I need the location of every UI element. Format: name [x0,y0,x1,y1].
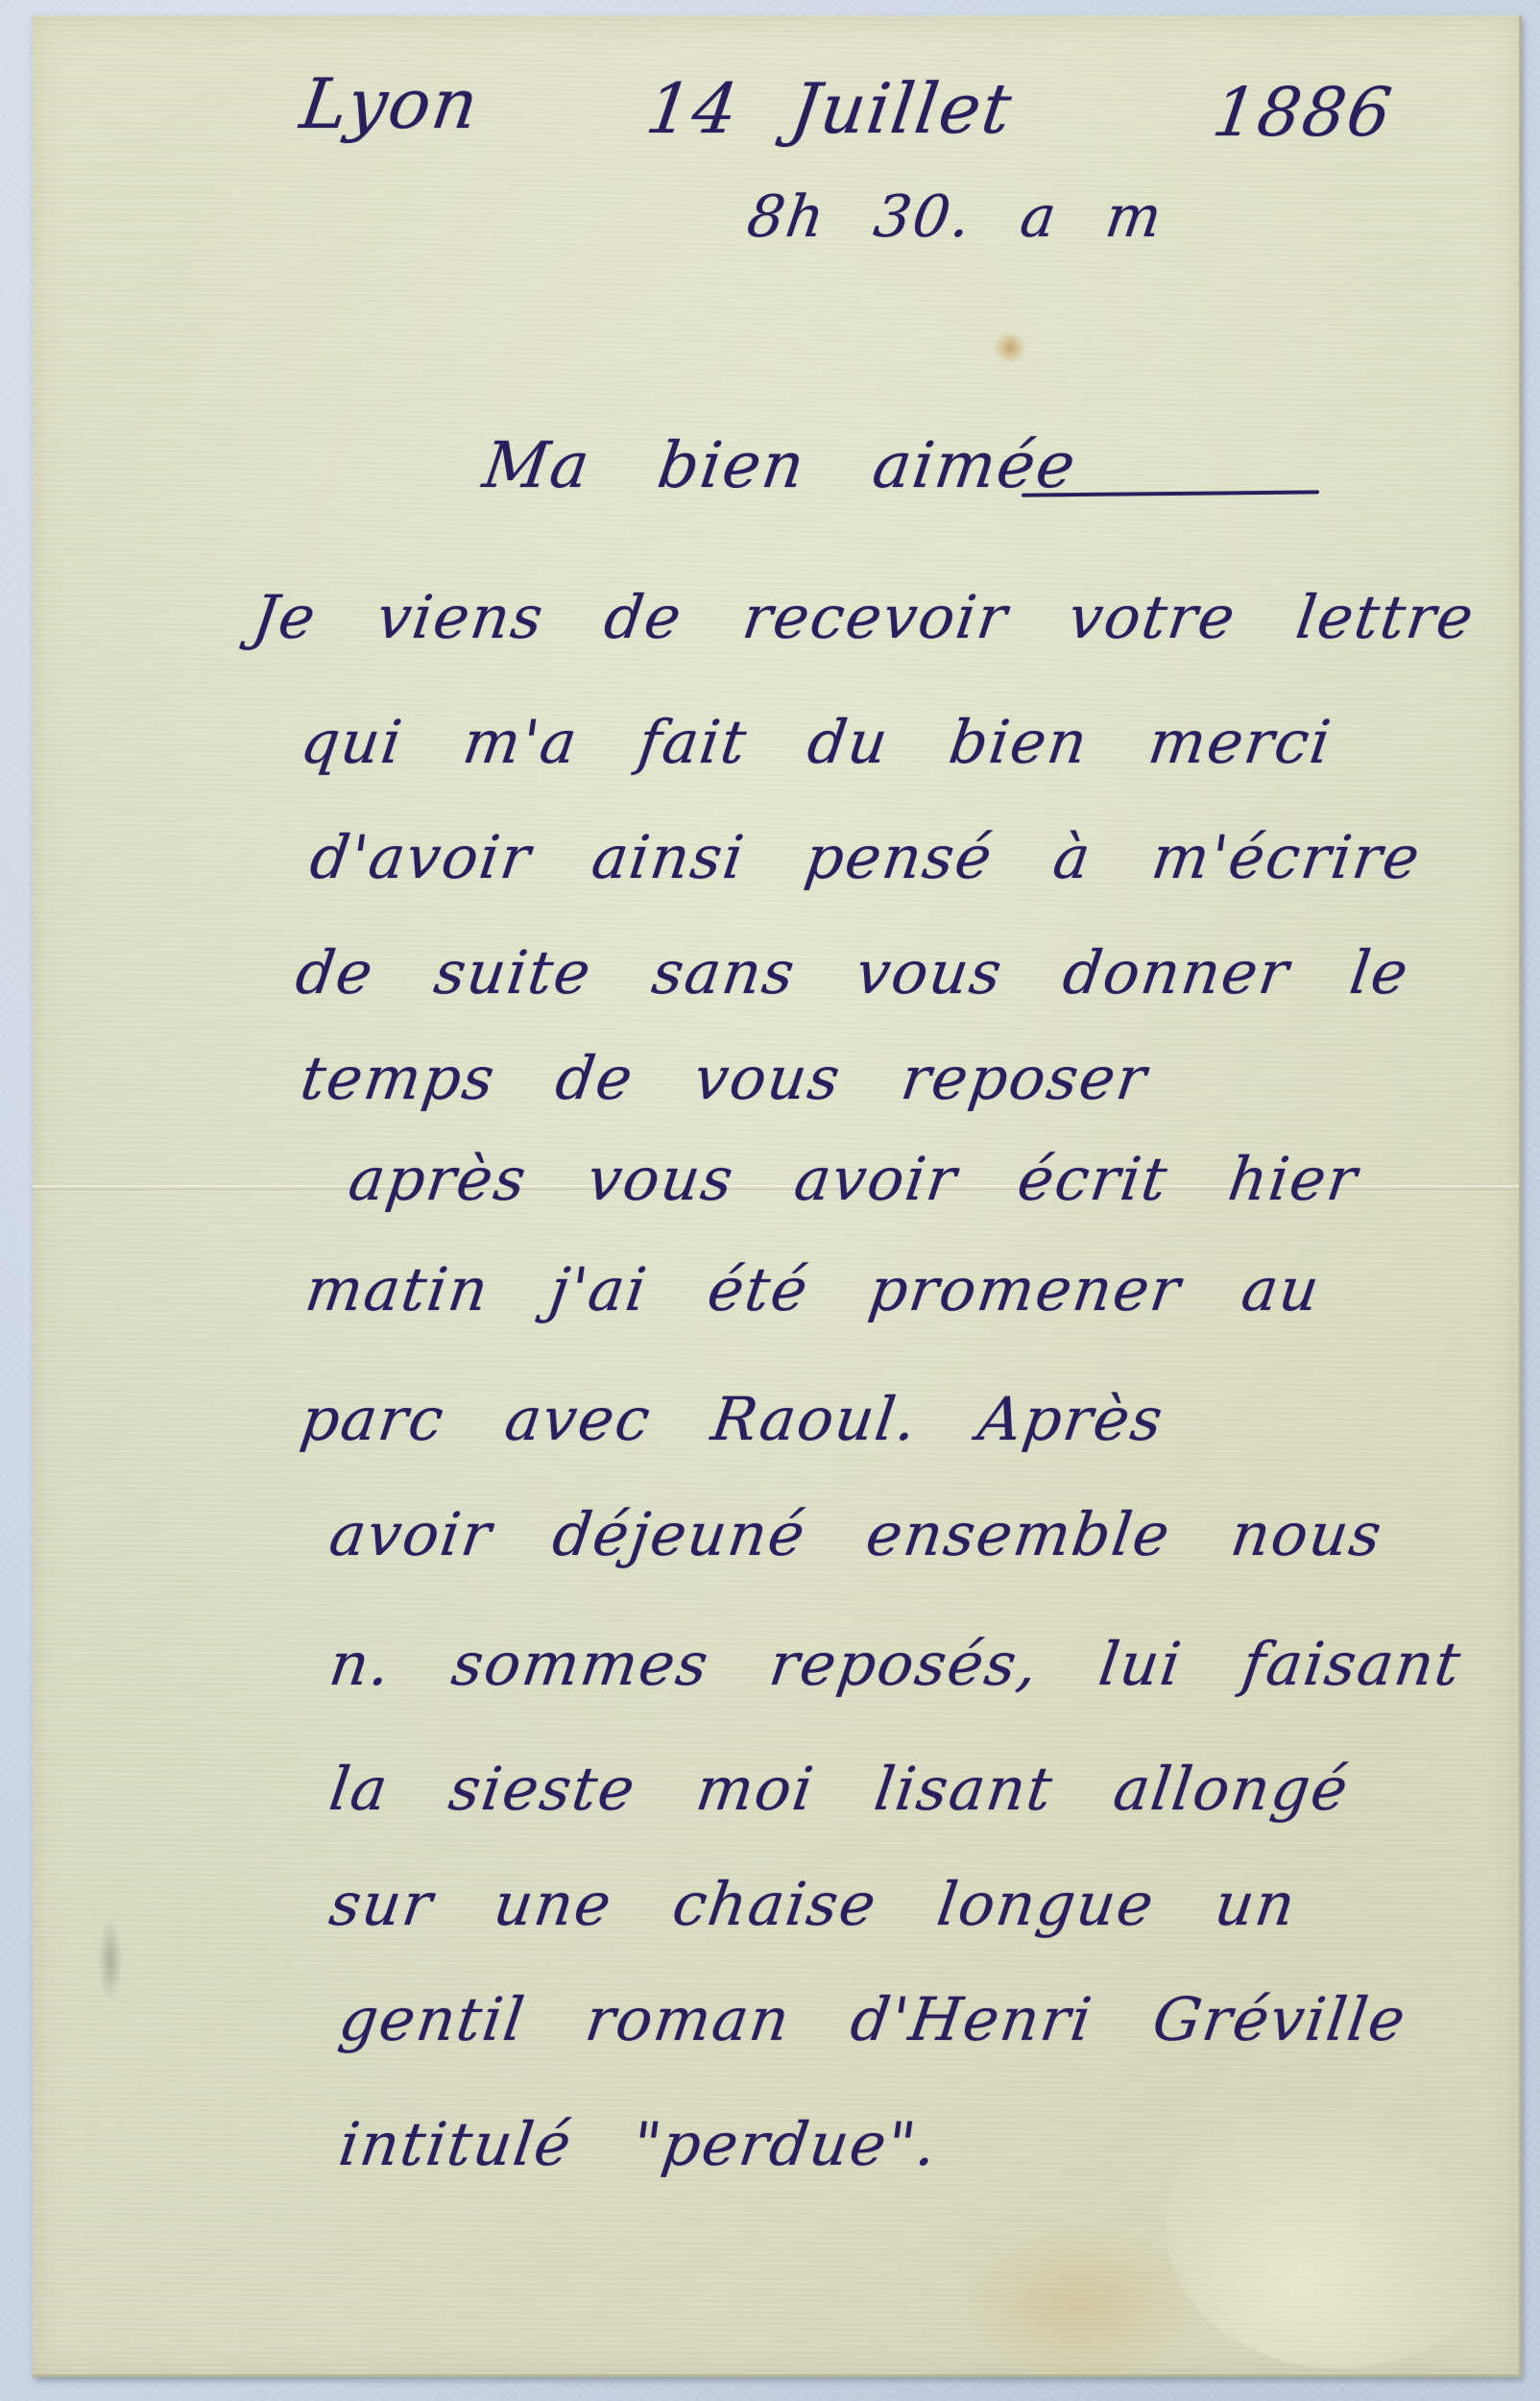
header-year: 1886 [1208,73,1398,152]
body-line-6: après vous avoir écrit hier [345,1144,1363,1214]
salutation: Ma bien aimée [479,428,1082,502]
header-place: Lyon [296,63,485,144]
header-time: 8h 30. a m [743,183,1167,251]
body-line-3: d'avoir ainsi pensé à m'écrire [306,822,1426,892]
body-line-11: la sieste moi lisant allongé [325,1754,1354,1824]
water-stain [1166,2080,1511,2368]
letter-sheet: Lyon 14 Juillet 1886 8h 30. a m Ma bien … [33,15,1522,2377]
body-line-2: qui m'a fait du bien merci [297,707,1336,777]
body-line-4: de suite sans vous donner le [292,937,1414,1007]
foxing-stain [993,332,1027,363]
body-line-13: gentil roman d'Henri Gréville [335,1984,1411,2054]
age-stain [954,2224,1204,2388]
margin-smudge [98,1917,123,2003]
body-line-8: parc avec Raoul. Après [297,1384,1168,1454]
header-date: 14 Juillet [641,68,1018,149]
body-line-14: intitulé "perdue". [335,2109,943,2179]
body-line-5: temps de vous reposer [297,1043,1152,1113]
body-line-12: sur une chaise longue un [325,1869,1301,1939]
body-line-1: Je viens de recevoir votre lettre [249,582,1480,652]
body-line-7: matin j'ai été promener au [301,1254,1325,1324]
body-line-9: avoir déjeuné ensemble nous [325,1499,1387,1569]
body-line-10: n. sommes reposés, lui faisant [325,1629,1466,1699]
